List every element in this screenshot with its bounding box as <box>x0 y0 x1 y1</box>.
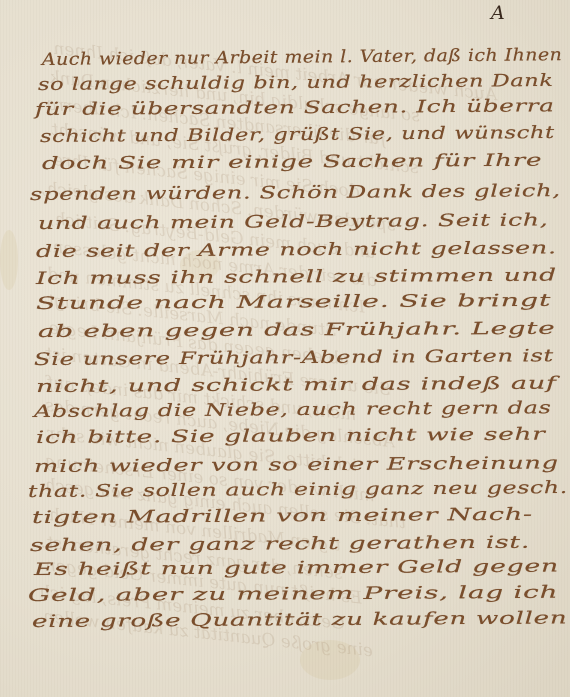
handwritten-line: ab eben gegen das Frühjahr. Legte <box>38 319 556 348</box>
handwritten-line: eine große Quantität zu kaufen wollen <box>32 608 568 638</box>
handwritten-line: für die übersandten Sachen. Ich überra <box>35 96 555 126</box>
handwritten-line: Abschlag die Niebe, auch recht gern das <box>34 398 552 428</box>
manuscript-page: Auch wieder nur Arbeit mein l. Vater, da… <box>0 0 570 697</box>
handwritten-line: doch Sie mir einige Sachen für Ihre <box>42 151 543 180</box>
paper-stain <box>0 230 18 290</box>
handwritten-line: Geld, aber zu meinem Preis, lag ich <box>28 583 559 612</box>
handwritten-line: die seit der Arme noch nicht gelassen. <box>36 238 557 268</box>
handwritten-line: that. Sie sollen auch einig ganz neu ges… <box>28 478 568 508</box>
handwritten-line: spenden würden. Schön Dank des gleich, <box>30 181 561 211</box>
handwritten-line: tigten Madrillen von meiner Nach- <box>32 505 533 534</box>
handwritten-line: und auch mein Geld-Beytrag. Seit ich, <box>38 210 549 240</box>
handwritten-line: Stunde nach Marseille. Sie bringt <box>36 291 552 320</box>
handwritten-line: ich bitte. Sie glauben nicht wie sehr <box>36 425 546 454</box>
handwritten-line: Sie unsere Frühjahr-Abend in Garten ist <box>34 346 554 376</box>
handwritten-line: Es heißt nun gute immer Geld gegen <box>34 557 559 586</box>
folio-mark: A <box>491 2 505 24</box>
handwritten-line: schicht und Bilder, grüßt Sie, und wünsc… <box>40 123 555 153</box>
